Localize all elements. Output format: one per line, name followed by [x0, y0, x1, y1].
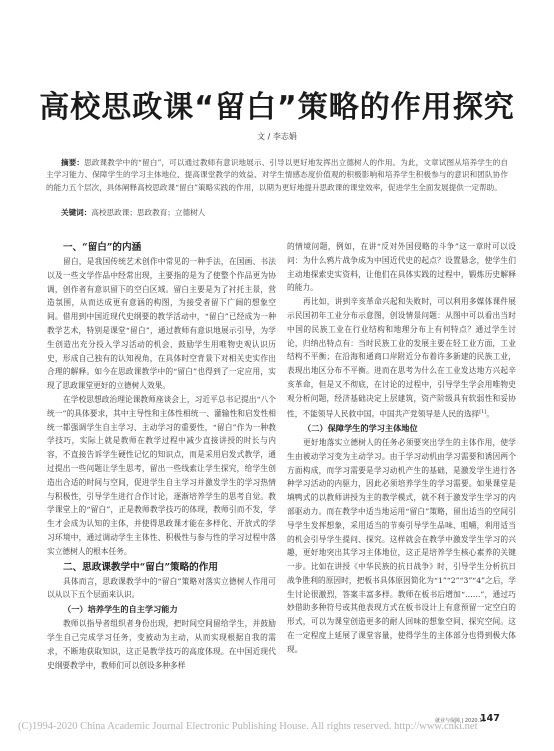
paragraph: 再比如，讲到辛亥革命兴起和失败时，可以利用多媒体课件展示民国初年工业分布示意图，… [287, 295, 516, 421]
abstract-text: 思政课教学中的“留白”，可以通过教师有意识地展示、引导以更好地发挥出立德树人的作… [46, 158, 508, 192]
subsection-heading-2: （二）保障学生的学习主体地位 [287, 421, 516, 436]
paragraph: 教师以指导者组织者身份出现，把时间空间留给学生，并鼓励学生自己完成学习任务，变被… [47, 617, 276, 672]
left-column: 一、“留白”的内涵 留白，是我国传统艺术创作中常见的一种手法，在国画、书法以及一… [47, 240, 276, 672]
section-heading-1: 一、“留白”的内涵 [47, 240, 276, 255]
keywords: 关键词：高校思政课；思政教育；立德树人 [46, 207, 508, 219]
abstract-label: 摘要： [61, 158, 84, 167]
keywords-text: 高校思政课；思政教育；立德树人 [91, 208, 205, 217]
subsection-heading-1: （一）培养学生的自主学习能力 [47, 602, 276, 617]
right-column: 的情境问题，例如，在讲“反对外国侵略的斗争”这一章时可以设问：为什么鸦片战争成为… [287, 240, 516, 657]
paragraph: 的情境问题，例如，在讲“反对外国侵略的斗争”这一章时可以设问：为什么鸦片战争成为… [287, 240, 516, 295]
paragraph-end: 。 [486, 409, 494, 418]
paragraph-text: 再比如，讲到辛亥革命兴起和失败时，可以利用多媒体课件展示民国初年工业分布示意图，… [287, 297, 516, 418]
paragraph: 留白，是我国传统艺术创作中常见的一种手法，在国画、书法以及一些文学作品中经常出现… [47, 255, 276, 393]
journal-info: 就业与保障 | 2020.15 [435, 717, 486, 724]
section-heading-2: 二、思政课教学中“留白”策略的作用 [47, 560, 276, 575]
abstract: 摘要：思政课教学中的“留白”，可以通过教师有意识地展示、引导以更好地发挥出立德树… [46, 157, 508, 194]
article-author: 文 / 李志娟 [0, 131, 554, 142]
keywords-label: 关键词： [61, 208, 91, 217]
article-title: 高校思政课“留白”策略的作用探究 [0, 82, 554, 126]
copyright-notice: (C)1994-2020 China Academic Journal Elec… [18, 721, 478, 732]
paragraph: 更好地落实立德树人的任务必须要突出学生的主体作用，使学生由被动学习变为主动学习。… [287, 436, 516, 657]
page-number: 147 [480, 713, 500, 724]
paragraph: 具体而言，思政课教学中的“留白”策略对落实立德树人作用可以从以下五个层面来认识。 [47, 575, 276, 603]
paragraph: 在学校思想政治理论课教师座谈会上，习近平总书记提出“八个统一”的具体要求，其中主… [47, 393, 276, 559]
